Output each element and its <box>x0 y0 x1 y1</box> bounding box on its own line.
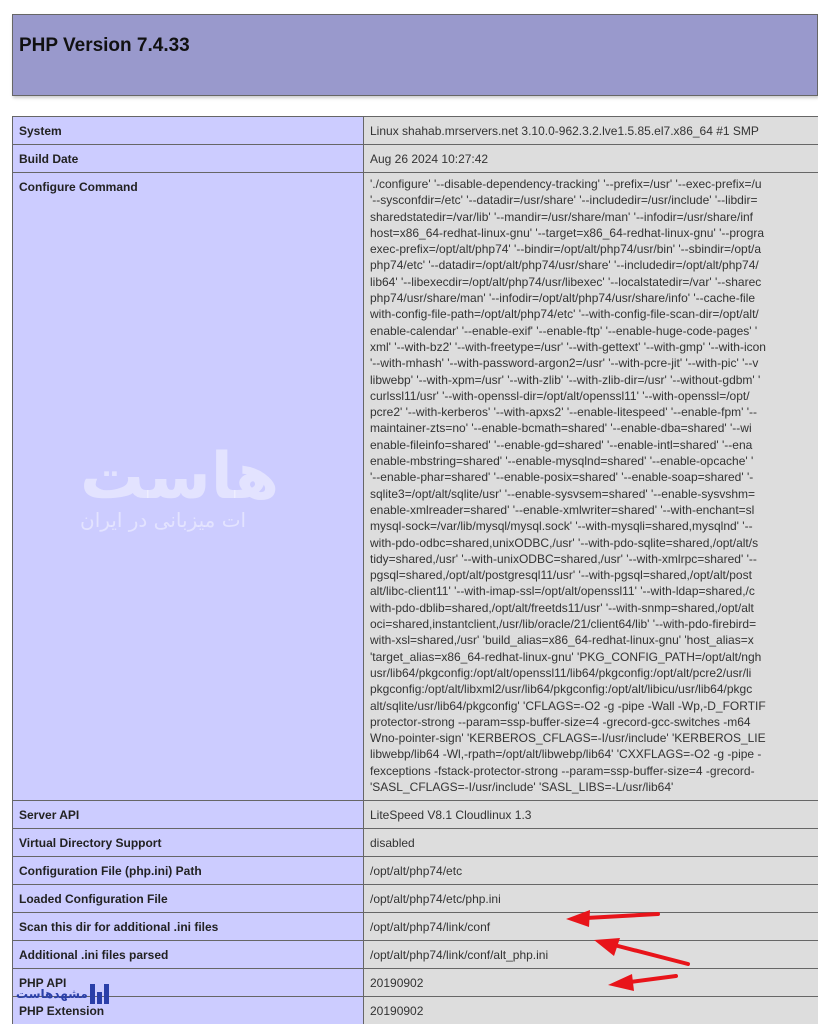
row-value: 20190902 <box>364 969 819 997</box>
info-row: Configure Command'./configure' '--disabl… <box>13 173 819 801</box>
configure-line: maintainer-zts=no' '--enable-bcmath=shar… <box>370 420 818 436</box>
configure-line: Wno-pointer-sign' 'KERBEROS_CFLAGS=-I/us… <box>370 730 818 746</box>
row-label: Additional .ini files parsed <box>13 941 364 969</box>
info-row: Additional .ini files parsed/opt/alt/php… <box>13 941 819 969</box>
configure-line: '--with-mhash' '--with-password-argon2=/… <box>370 355 818 371</box>
arrow-loaded-config-icon <box>562 906 662 928</box>
configure-line: sharedstatedir=/var/lib' '--mandir=/usr/… <box>370 209 818 225</box>
configure-line: xml' '--with-bz2' '--with-freetype=/usr'… <box>370 339 818 355</box>
configure-line: oci=shared,instantclient,/usr/lib/oracle… <box>370 616 818 632</box>
configure-line: 'SASL_CFLAGS=-I/usr/include' 'SASL_LIBS=… <box>370 779 818 795</box>
configure-line: libwebp' '--with-xpm=/usr' '--with-zlib'… <box>370 372 818 388</box>
row-label: Virtual Directory Support <box>13 829 364 857</box>
configure-line: curlssl11/usr' '--with-openssl-dir=/opt/… <box>370 388 818 404</box>
configure-line: alt/libc-client11' '--with-imap-ssl=/opt… <box>370 583 818 599</box>
configure-line: mysql-sock=/var/lib/mysql/mysql.sock' '-… <box>370 518 818 534</box>
row-label: Scan this dir for additional .ini files <box>13 913 364 941</box>
configure-line: '--enable-phar=shared' '--enable-posix=s… <box>370 469 818 485</box>
logo-mark-icon <box>90 984 109 1004</box>
info-row: SystemLinux shahab.mrservers.net 3.10.0-… <box>13 117 819 145</box>
configure-line: enable-calendar' '--enable-exif' '--enab… <box>370 323 818 339</box>
row-value: Aug 26 2024 10:27:42 <box>364 145 819 173</box>
configure-line: pcre2' '--with-kerberos' '--with-apxs2' … <box>370 404 818 420</box>
configure-line: usr/lib64/pkgconfig:/opt/alt/openssl11/l… <box>370 665 818 681</box>
row-label: Build Date <box>13 145 364 173</box>
row-value: 20190902 <box>364 997 819 1024</box>
info-row: Virtual Directory Supportdisabled <box>13 829 819 857</box>
configure-line: php74/etc' '--datadir=/opt/alt/php74/usr… <box>370 257 818 273</box>
configure-line: enable-mbstring=shared' '--enable-mysqln… <box>370 453 818 469</box>
configure-line: alt/sqlite/usr/lib64/pkgconfig' 'CFLAGS=… <box>370 698 818 714</box>
configure-line: pkgconfig:/opt/alt/libxml2/usr/lib64/pkg… <box>370 681 818 697</box>
site-logo: مشهدهاست <box>16 983 109 1005</box>
info-row: Scan this dir for additional .ini files/… <box>13 913 819 941</box>
configure-line: sqlite3=/opt/alt/sqlite/usr' '--enable-s… <box>370 486 818 502</box>
row-label: System <box>13 117 364 145</box>
row-label: Server API <box>13 801 364 829</box>
info-row: Build DateAug 26 2024 10:27:42 <box>13 145 819 173</box>
configure-line: with-xsl=shared,/usr' 'build_alias=x86_6… <box>370 632 818 648</box>
configure-line: enable-xmlreader=shared' '--enable-xmlwr… <box>370 502 818 518</box>
row-value: './configure' '--disable-dependency-trac… <box>364 173 819 801</box>
row-value: Linux shahab.mrservers.net 3.10.0-962.3.… <box>364 117 819 145</box>
configure-line: with-config-file-path=/opt/alt/php74/etc… <box>370 306 818 322</box>
configure-line: tidy=shared,/usr' '--with-unixODBC=share… <box>370 551 818 567</box>
configure-line: with-pdo-dblib=shared,/opt/alt/freetds11… <box>370 600 818 616</box>
page-title: PHP Version 7.4.33 <box>19 35 190 57</box>
configure-line: fexceptions -fstack-protector-strong --p… <box>370 763 818 779</box>
row-value: LiteSpeed V8.1 Cloudlinux 1.3 <box>364 801 819 829</box>
row-label: Configure Command <box>13 173 364 801</box>
configure-line: lib64' '--libexecdir=/opt/alt/php74/usr/… <box>370 274 818 290</box>
configure-line: exec-prefix=/opt/alt/php74' '--bindir=/o… <box>370 241 818 257</box>
configure-line: 'target_alias=x86_64-redhat-linux-gnu' '… <box>370 649 818 665</box>
configure-line: host=x86_64-redhat-linux-gnu' '--target=… <box>370 225 818 241</box>
arrow-scan-dir-icon <box>590 936 694 970</box>
configure-line: './configure' '--disable-dependency-trac… <box>370 176 818 192</box>
configure-line: pgsql=shared,/opt/alt/postgresql11/usr' … <box>370 567 818 583</box>
info-row: Loaded Configuration File/opt/alt/php74/… <box>13 885 819 913</box>
configure-line: with-pdo-odbc=shared,unixODBC,/usr' '--w… <box>370 535 818 551</box>
arrow-additional-ini-icon <box>606 970 680 992</box>
configure-line: libwebp/lib64 -Wl,-rpath=/opt/alt/libweb… <box>370 746 818 762</box>
row-label: Configuration File (php.ini) Path <box>13 857 364 885</box>
configure-line: php74/usr/share/man' '--infodir=/opt/alt… <box>370 290 818 306</box>
configure-line: enable-fileinfo=shared' '--enable-gd=sha… <box>370 437 818 453</box>
configure-line: protector-strong --param=ssp-buffer-size… <box>370 714 818 730</box>
row-value: /opt/alt/php74/etc <box>364 857 819 885</box>
row-value: disabled <box>364 829 819 857</box>
php-info-table: SystemLinux shahab.mrservers.net 3.10.0-… <box>12 116 818 1024</box>
info-row: Configuration File (php.ini) Path/opt/al… <box>13 857 819 885</box>
row-label: Loaded Configuration File <box>13 885 364 913</box>
page-viewport: PHP Version 7.4.33 SystemLinux shahab.mr… <box>0 0 818 1024</box>
configure-line: '--sysconfdir=/etc' '--datadir=/usr/shar… <box>370 192 818 208</box>
info-row: PHP API20190902 <box>13 969 819 997</box>
info-row: Server APILiteSpeed V8.1 Cloudlinux 1.3 <box>13 801 819 829</box>
info-row: PHP Extension20190902 <box>13 997 819 1024</box>
logo-text: مشهدهاست <box>16 987 88 1001</box>
php-version-header: PHP Version 7.4.33 <box>12 14 818 96</box>
